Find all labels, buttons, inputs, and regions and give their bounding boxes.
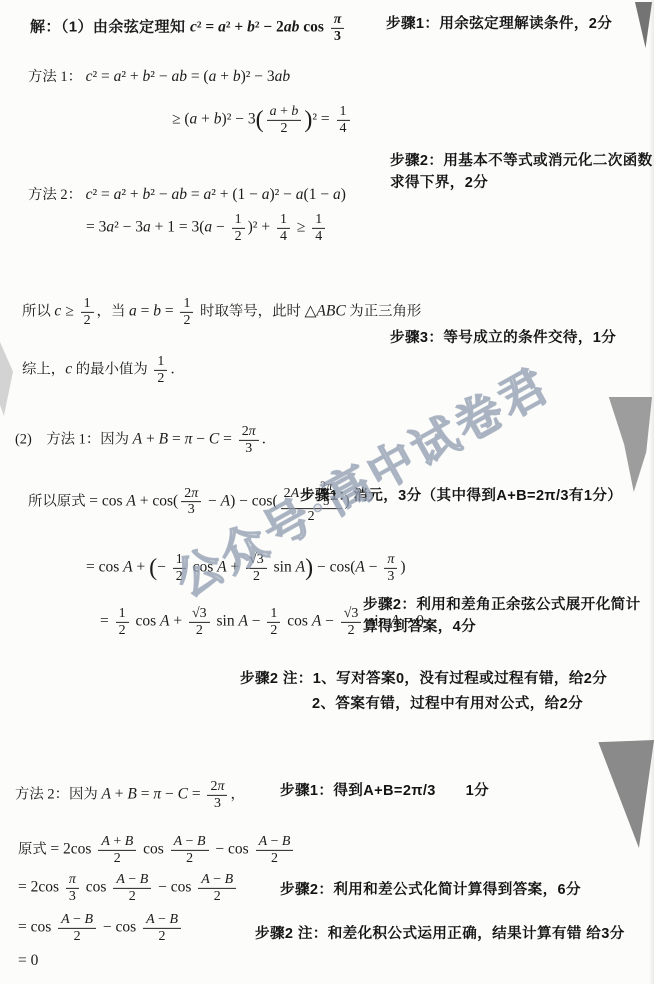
text: 方法 1： [28,69,86,85]
math-text: ² = [312,111,333,128]
math-text: c² = a² + b² − 2ab cos [190,19,328,36]
anno-step2-part1: 步骤2：用基本不等式或消元化二次函数求得下界，2分 [390,150,654,194]
math-text: = 0 [18,952,38,969]
math-text: − cos [212,841,253,858]
math-text: sin A − [213,613,265,630]
fraction: 2π3 [239,424,259,456]
text: 步骤1：用余弦定理解读条件，2分 [386,16,612,32]
text: 所以原式 [28,494,89,510]
math-text: − cos [99,919,140,936]
math-text: = cos A + [86,559,149,576]
fraction: A − B2 [113,872,151,904]
part2-method2-line1: 原式 = 2cos A + B2 cos A − B2 − cos A − B2 [18,834,296,866]
math-text: △ABC [304,303,345,320]
conclusion-line1: 所以 c ≥ 12，当 a = b = 12 时取等号，此时 △ABC 为正三角… [22,296,421,328]
math-text: c² = a² + b² − ab = (a + b)² − 3ab [86,68,291,85]
math-text: ) [400,559,405,576]
fraction: √32 [189,606,210,638]
method2-line1: 方法 2： c² = a² + b² − ab = a² + (1 − a)² … [28,185,346,205]
scan-smudge-left-edge [0,342,13,416]
text: ，当 [97,304,129,320]
scanned-document-page: 解：（1）由余弦定理知 c² = a² + b² − 2ab cos π3步骤1… [0,0,654,984]
scan-smudge-right-upper [604,397,652,492]
fraction: A − B2 [171,834,209,866]
math-text: = 2cos [18,879,63,896]
text: 步骤2：利用和差角正余弦公式展开化简计算得到答案，4分 [363,597,641,635]
math-text: ≥ (a + b)² − 3 [172,111,256,128]
fraction: A + B2 [98,834,136,866]
note-step2-line1: 步骤2 注：1、写对答案0，没有过程或过程有错，给2分 [240,669,607,689]
math-text: c² = a² + b² − ab = a² + (1 − a)² − a(1 … [86,186,346,203]
math-text: − cos [154,879,195,896]
text: 的最小值为 [72,362,151,378]
math-text: = 3a² − 3a + 1 = 3(a − [86,219,229,236]
text: 原式 [18,842,50,858]
text: ． [170,362,184,378]
scan-smudge-top-right [635,2,652,48]
part2-method2-header: 方法 2：因为 A + B = π − C = 2π3， [15,779,245,811]
math-text: − A) − cos( [204,493,277,510]
text: 步骤3：等号成立的条件交待，1分 [390,330,616,346]
fraction: A − B2 [256,834,294,866]
fraction: 12 [116,606,129,638]
fraction: 12 [81,296,94,328]
part2-method2-line2: = 2cos π3 cos A − B2 − cos A − B2 [18,872,239,904]
text: 方法 2： [28,187,86,203]
text: 所以 [22,304,54,320]
conclusion-line2: 综上，c 的最小值为 12． [22,354,185,386]
fraction: 12 [173,552,186,584]
solution-header: 解：（1）由余弦定理知 c² = a² + b² − 2ab cos π3 [30,12,347,44]
text: 步骤1：消元，3分（其中得到A+B=2π/3有1分） [300,488,622,504]
text: 综上， [22,362,65,378]
scan-smudge-right-lower [596,740,654,848]
text: 2、答案有错，过程中有用对公式，给2分 [312,696,583,712]
part2-method2-line3: = cos A − B2 − cos A − B2 [18,912,184,944]
math-text: cos A + [132,613,186,630]
big-paren: ( [256,107,264,133]
text: 步骤2：利用和差公式化简计算得到答案，6分 [280,882,581,898]
fraction: A − B2 [58,912,96,944]
anno-step2-part2m1: 步骤2：利用和差角正余弦公式展开化简计算得到答案，4分 [363,594,651,638]
text: 时取等号，此时 [196,304,304,320]
text: 步骤2 注：和差化积公式运用正确，结果计算有错 给3分 [255,926,625,942]
part2-method1-line2: = cos A + (− 12 cos A + √32 sin A) − cos… [86,552,406,584]
text: ， [230,787,244,803]
text: (2) 方法 1：因为 [15,432,133,448]
big-paren: ( [149,555,157,581]
math-text: A + B = π − C = [133,431,236,448]
math-text: = cos [18,919,55,936]
note-step2-line2: 2、答案有错，过程中有用对公式，给2分 [312,694,583,714]
fraction: 14 [312,212,325,244]
text: 步骤1：得到A+B=2π/3 1分 [280,783,489,799]
math-text: = 2cos [50,841,95,858]
fraction: 2π3 [207,779,227,811]
anno-step2-part2m2: 步骤2：利用和差公式化简计算得到答案，6分 [280,880,581,900]
fraction: 12 [154,354,167,386]
text: 解：（1）由余弦定理知 [30,19,190,36]
text: 步骤2：用基本不等式或消元化二次函数求得下界，2分 [390,153,653,191]
fraction: π3 [66,872,79,904]
fraction: A − B2 [143,912,181,944]
math-text: ≥ [293,219,309,236]
math-text: cos A + [189,559,243,576]
math-text: cos A − [283,613,337,630]
big-paren: ) [305,555,313,581]
math-text: a = b = [129,303,178,320]
math-text: sin A [270,559,305,576]
part2-method2-line4: = 0 [18,951,38,971]
anno-step3-part1: 步骤3：等号成立的条件交待，1分 [390,328,616,348]
anno-step1-part2m2: 步骤1：得到A+B=2π/3 1分 [280,781,489,801]
math-text: )² + [248,219,274,236]
math-text: − [157,559,170,576]
anno-step1-part1: 步骤1：用余弦定理解读条件，2分 [386,14,612,34]
math-text: c ≥ [54,303,77,320]
fraction: π3 [384,552,397,584]
fraction: a + b2 [267,104,302,136]
math-text: cos [82,879,110,896]
text: ． [262,432,276,448]
fraction: 12 [232,212,245,244]
method1-line1: 方法 1： c² = a² + b² − ab = (a + b)² − 3ab [28,67,290,87]
math-text: cos [139,841,167,858]
fraction: 14 [277,212,290,244]
text: 为正三角形 [346,304,422,320]
fraction: 14 [337,104,350,136]
math-text: = [100,613,113,630]
fraction: 12 [180,296,193,328]
math-text: − cos(A − [313,559,381,576]
fraction: √32 [341,606,362,638]
part2-method1-header: (2) 方法 1：因为 A + B = π − C = 2π3． [15,424,276,456]
fraction: 2π3 [181,486,201,518]
note-step2b: 步骤2 注：和差化积公式运用正确，结果计算有错 给3分 [255,924,625,944]
math-text: A + B = π − C = [101,786,204,803]
math-text: = cos A + cos( [89,493,178,510]
fraction: π3 [331,12,345,44]
text: 步骤2 注：1、写对答案0，没有过程或过程有错，给2分 [240,671,607,687]
method2-line2: = 3a² − 3a + 1 = 3(a − 12)² + 14 ≥ 14 [86,212,328,244]
fraction: √32 [246,552,267,584]
fraction: 12 [267,606,280,638]
anno-step1-part2m1: 步骤1：消元，3分（其中得到A+B=2π/3有1分） [300,486,622,506]
method1-line2: ≥ (a + b)² − 3(a + b2)² = 14 [172,104,353,136]
fraction: A − B2 [198,872,236,904]
text: 方法 2：因为 [15,787,101,803]
